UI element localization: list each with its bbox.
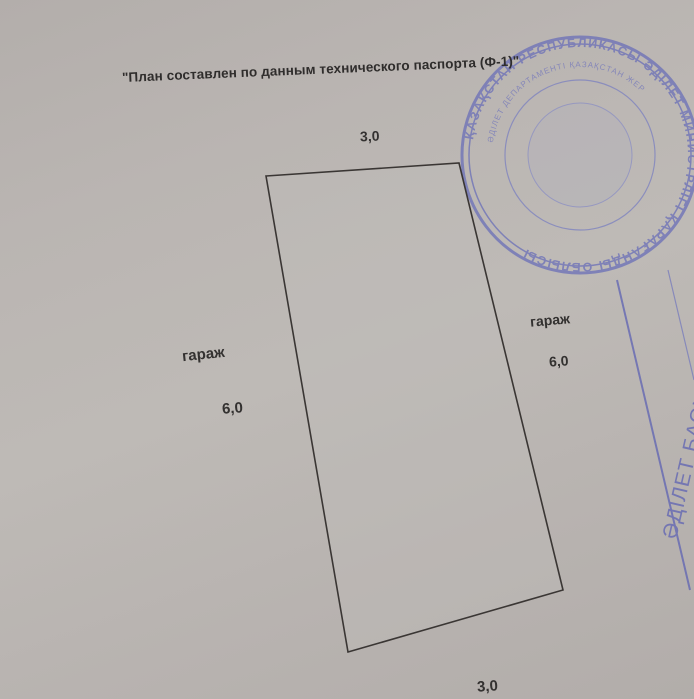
stamp-center-ring bbox=[495, 70, 664, 239]
document-header: "План составлен по данным технического п… bbox=[122, 53, 520, 85]
neighbor-label-left: гараж bbox=[181, 344, 225, 365]
rect-stamp-text: ӘДІЛЕТ БАСҚАРМАС bbox=[658, 315, 694, 541]
neighbor-label-right: гараж bbox=[529, 310, 570, 329]
dimension-left: 6,0 bbox=[221, 399, 243, 417]
document-page: ҚАЗАҚСТАН РЕСПУБЛИКАСЫ ӘДІЛЕТ МИНИСТРЛІГ… bbox=[0, 0, 694, 699]
dimension-bottom: 3,0 bbox=[476, 677, 498, 695]
garage-outline bbox=[266, 163, 563, 652]
dimension-right: 6,0 bbox=[548, 352, 569, 369]
dimension-top: 3,0 bbox=[360, 128, 380, 145]
stamp-emblem bbox=[521, 96, 638, 213]
plan-drawing: ҚАЗАҚСТАН РЕСПУБЛИКАСЫ ӘДІЛЕТ МИНИСТРЛІГ… bbox=[0, 0, 694, 699]
rect-stamp: ӘДІЛЕТ БАСҚАРМАС bbox=[617, 270, 694, 590]
